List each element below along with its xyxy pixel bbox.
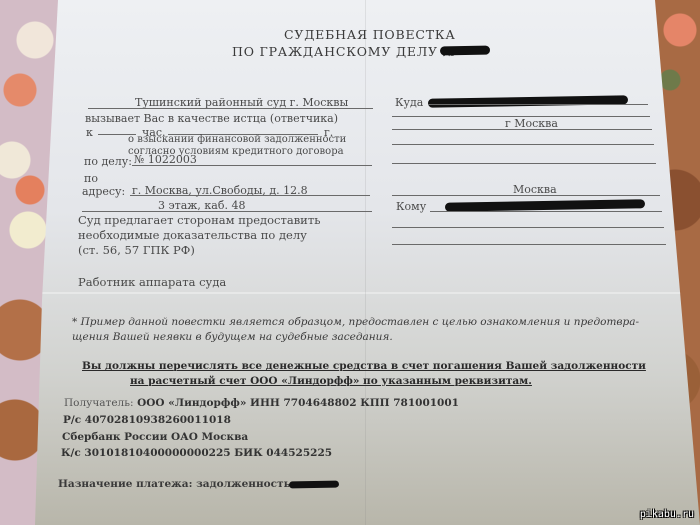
line [392, 244, 666, 245]
line [392, 227, 664, 228]
watermark: pikabu.ru [640, 509, 694, 520]
address-label-2: адресу: [82, 185, 125, 198]
line [132, 165, 372, 166]
redacted-address [428, 95, 628, 107]
line [130, 195, 370, 196]
correspondent-account: К/с 30101810400000000225 БИК 044525225 [61, 447, 332, 459]
line [392, 144, 654, 145]
evidence-line-2: необходимые доказательства по делу [78, 228, 307, 242]
paper-fold [0, 292, 700, 294]
title-line-2: ПО ГРАЖДАНСКОМУ ДЕЛУ № [232, 44, 455, 59]
subject-line-1: о взыскании финансовой задолженности [128, 134, 346, 145]
payment-warning-line-2: на расчетный счет ООО «Линдорфф» по указ… [130, 375, 532, 387]
paper-vertical-fold [365, 0, 366, 525]
redacted-purpose [289, 481, 339, 489]
bank-name: Сбербанк России ОАО Москва [62, 431, 248, 443]
evidence-line-3: (ст. 56, 57 ГПК РФ) [78, 243, 195, 257]
to-where-label: Куда [395, 96, 423, 109]
payment-purpose: Назначение платежа: задолженность [58, 478, 291, 490]
recipient-details: ООО «Линдорфф» ИНН 7704648802 КПП 781001… [137, 397, 459, 409]
payment-warning-line-1: Вы должны перечислять все денежные средс… [82, 360, 646, 372]
time-prefix: к [86, 126, 93, 139]
address-label-1: по [84, 172, 98, 185]
note-line-1: * Пример данной повестки является образц… [72, 316, 639, 328]
recipient-label: Получатель: [64, 397, 133, 409]
case-label: по делу: [84, 155, 132, 168]
line [88, 108, 373, 109]
evidence-line-1: Суд предлагает сторонам предоставить [78, 213, 320, 227]
to-whom-label: Кому [396, 200, 426, 213]
line [428, 104, 648, 105]
line [392, 129, 652, 130]
redacted-name [445, 199, 645, 211]
title-line-1: СУДЕБНАЯ ПОВЕСТКА [284, 27, 456, 42]
redacted-case-number [440, 46, 490, 56]
line [430, 211, 662, 212]
line [392, 195, 660, 196]
line [392, 163, 656, 164]
line [82, 211, 372, 212]
recipient-row: Получатель: ООО «Линдорфф» ИНН 770464880… [64, 397, 459, 409]
note-line-2: щения Вашей неявки в будущем на судебные… [72, 331, 393, 343]
summons-text: вызывает Вас в качестве истца (ответчика… [85, 112, 338, 125]
court-clerk-label: Работник аппарата суда [78, 275, 226, 289]
summons-paper: СУДЕБНАЯ ПОВЕСТКА ПО ГРАЖДАНСКОМУ ДЕЛУ №… [0, 0, 700, 525]
settlement-account: Р/с 40702810938260011018 [63, 414, 231, 426]
